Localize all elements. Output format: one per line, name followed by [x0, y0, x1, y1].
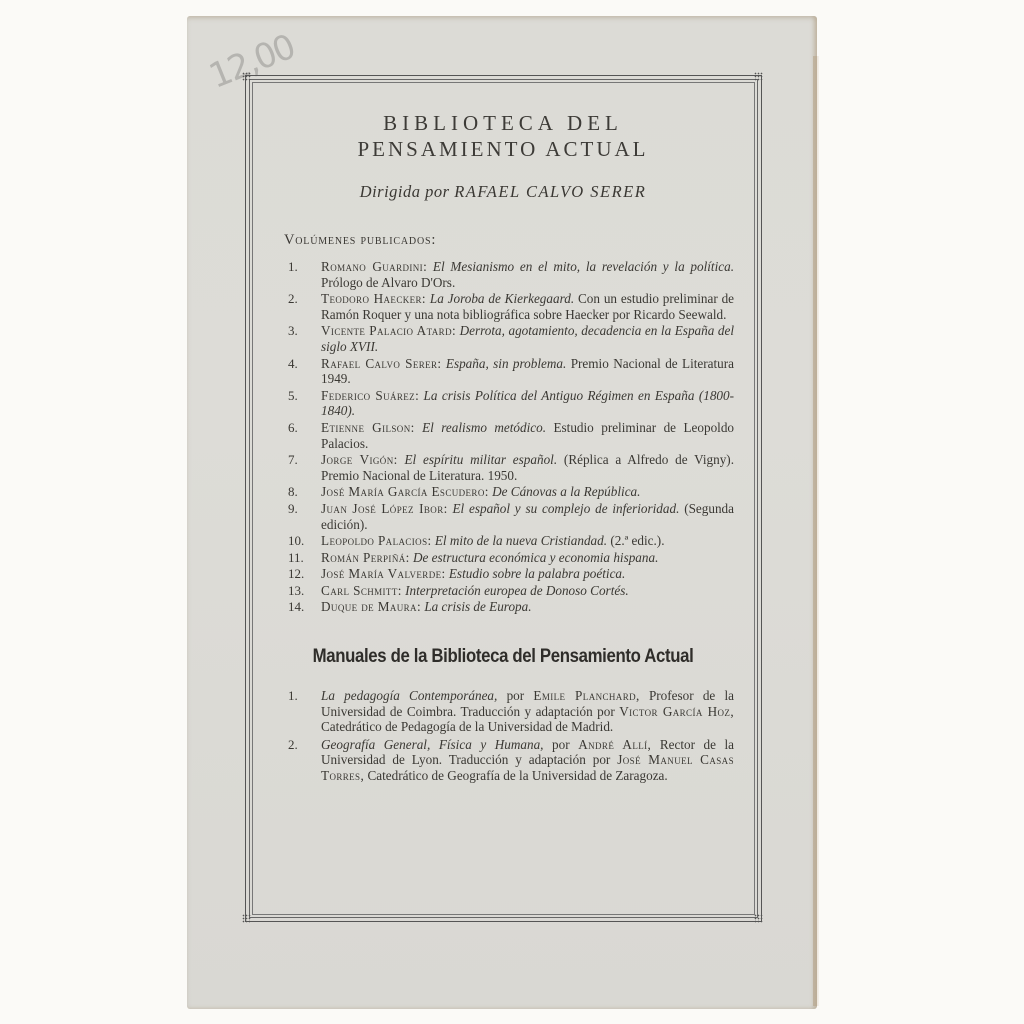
volume-item: 13.Carl Schmitt: Interpretación europea …: [272, 583, 734, 599]
manual-by: por: [507, 688, 525, 703]
volume-author: Leopoldo Palacios:: [321, 533, 432, 548]
volume-author: Rafael Calvo Serer:: [321, 356, 441, 371]
volume-number: 3.: [288, 323, 312, 339]
volume-title: España, sin problema.: [446, 356, 566, 371]
volume-item: 2.Teodoro Haecker: La Joroba de Kierkega…: [272, 291, 734, 322]
volume-author: Carl Schmitt:: [321, 583, 402, 598]
volume-number: 4.: [288, 356, 312, 372]
volume-author: Duque de Maura:: [321, 599, 421, 614]
volume-author: Román Perpiñá:: [321, 550, 410, 565]
volume-number: 10.: [288, 533, 312, 549]
volume-item: 5.Federico Suárez: La crisis Política de…: [272, 388, 734, 419]
volume-author: Jorge Vigón:: [321, 452, 398, 467]
volume-author: Juan José López Ibor:: [321, 501, 448, 516]
manuals-heading: Manuales de la Biblioteca del Pensamient…: [304, 645, 701, 668]
volume-title: El realismo metódico.: [422, 420, 546, 435]
volume-title: El mito de la nueva Cristiandad.: [435, 533, 607, 548]
manual-note: Catedrático de Geografía de la Universid…: [367, 768, 667, 783]
volume-author: Etienne Gilson:: [321, 420, 415, 435]
manual-title: Geografía General, Física y Humana,: [321, 737, 543, 752]
volume-title: El espíritu militar español.: [404, 452, 557, 467]
volume-item: 4.Rafael Calvo Serer: España, sin proble…: [272, 356, 734, 387]
volume-item: 12.José María Valverde: Estudio sobre la…: [272, 566, 734, 582]
volume-title: Estudio sobre la palabra poética.: [449, 566, 625, 581]
manual-number: 1.: [288, 688, 312, 704]
volume-number: 8.: [288, 484, 312, 500]
volume-number: 6.: [288, 420, 312, 436]
volume-title: Interpretación europea de Donoso Cortés.: [405, 583, 629, 598]
series-title-line2: PENSAMIENTO ACTUAL: [272, 136, 734, 162]
volume-number: 9.: [288, 501, 312, 517]
volume-title: De Cánovas a la República.: [492, 484, 640, 499]
director-prefix: Dirigida por: [360, 182, 450, 201]
volume-item: 3.Vicente Palacio Atard: Derrota, agotam…: [272, 323, 734, 354]
published-volumes-list: 1.Romano Guardini: El Mesianismo en el m…: [272, 259, 734, 615]
volume-item: 8.José María García Escudero: De Cánovas…: [272, 484, 734, 500]
manual-translator: Victor García Hoz,: [619, 704, 734, 719]
volume-author: Vicente Palacio Atard:: [321, 323, 456, 338]
manual-note: Catedrático de Pedagogía de la Universid…: [321, 719, 613, 734]
volume-note: (2.ª edic.).: [610, 533, 664, 548]
series-director: Dirigida por RAFAEL CALVO SERER: [272, 182, 734, 202]
volume-item: 14.Duque de Maura: La crisis de Europa.: [272, 599, 734, 615]
volume-item: 11.Román Perpiñá: De estructura económic…: [272, 550, 734, 566]
volume-number: 1.: [288, 259, 312, 275]
volume-item: 9.Juan José López Ibor: El español y su …: [272, 501, 734, 532]
volume-title: El Mesianismo en el mito, la revelación …: [433, 259, 734, 274]
volume-title: La Joroba de Kierkegaard.: [430, 291, 574, 306]
manual-title: La pedagogía Contemporánea,: [321, 688, 497, 703]
volume-author: José María Valverde:: [321, 566, 446, 581]
manual-number: 2.: [288, 737, 312, 753]
volume-title: De estructura económica y economia hispa…: [413, 550, 658, 565]
volume-item: 1.Romano Guardini: El Mesianismo en el m…: [272, 259, 734, 290]
volume-author: Teodoro Haecker:: [321, 291, 426, 306]
manual-item: 2.Geografía General, Física y Humana, po…: [272, 737, 734, 784]
manuals-list: 1.La pedagogía Contemporánea, por Emile …: [272, 688, 734, 784]
volume-number: 12.: [288, 566, 312, 582]
volume-title: El español y su complejo de inferioridad…: [452, 501, 679, 516]
volume-title: La crisis de Europa.: [424, 599, 531, 614]
manual-item: 1.La pedagogía Contemporánea, por Emile …: [272, 688, 734, 735]
director-name: RAFAEL CALVO SERER: [454, 182, 646, 201]
cover-content: BIBLIOTECA DEL PENSAMIENTO ACTUAL Dirigi…: [272, 100, 734, 786]
border-corner-ornament: [242, 914, 251, 923]
volume-author: Romano Guardini:: [321, 259, 427, 274]
volume-number: 5.: [288, 388, 312, 404]
border-corner-ornament: [754, 914, 763, 923]
volume-item: 6.Etienne Gilson: El realismo metódico. …: [272, 420, 734, 451]
volume-number: 7.: [288, 452, 312, 468]
published-volumes-label: Volúmenes publicados:: [284, 232, 734, 249]
series-title: BIBLIOTECA DEL PENSAMIENTO ACTUAL: [272, 110, 734, 162]
volume-item: 10.Leopoldo Palacios: El mito de la nuev…: [272, 533, 734, 549]
volume-note: Prólogo de Alvaro D'Ors.: [321, 275, 455, 290]
volume-number: 11.: [288, 550, 312, 566]
manual-author: Emile Planchard,: [533, 688, 639, 703]
volume-author: Federico Suárez:: [321, 388, 419, 403]
volume-number: 14.: [288, 599, 312, 615]
volume-item: 7.Jorge Vigón: El espíritu militar españ…: [272, 452, 734, 483]
series-title-line1: BIBLIOTECA DEL: [272, 110, 734, 136]
volume-number: 13.: [288, 583, 312, 599]
volume-author: José María García Escudero:: [321, 484, 489, 499]
manual-by: por: [552, 737, 570, 752]
border-corner-ornament: [242, 72, 251, 81]
manual-author: André Allí,: [578, 737, 651, 752]
border-corner-ornament: [754, 72, 763, 81]
volume-number: 2.: [288, 291, 312, 307]
